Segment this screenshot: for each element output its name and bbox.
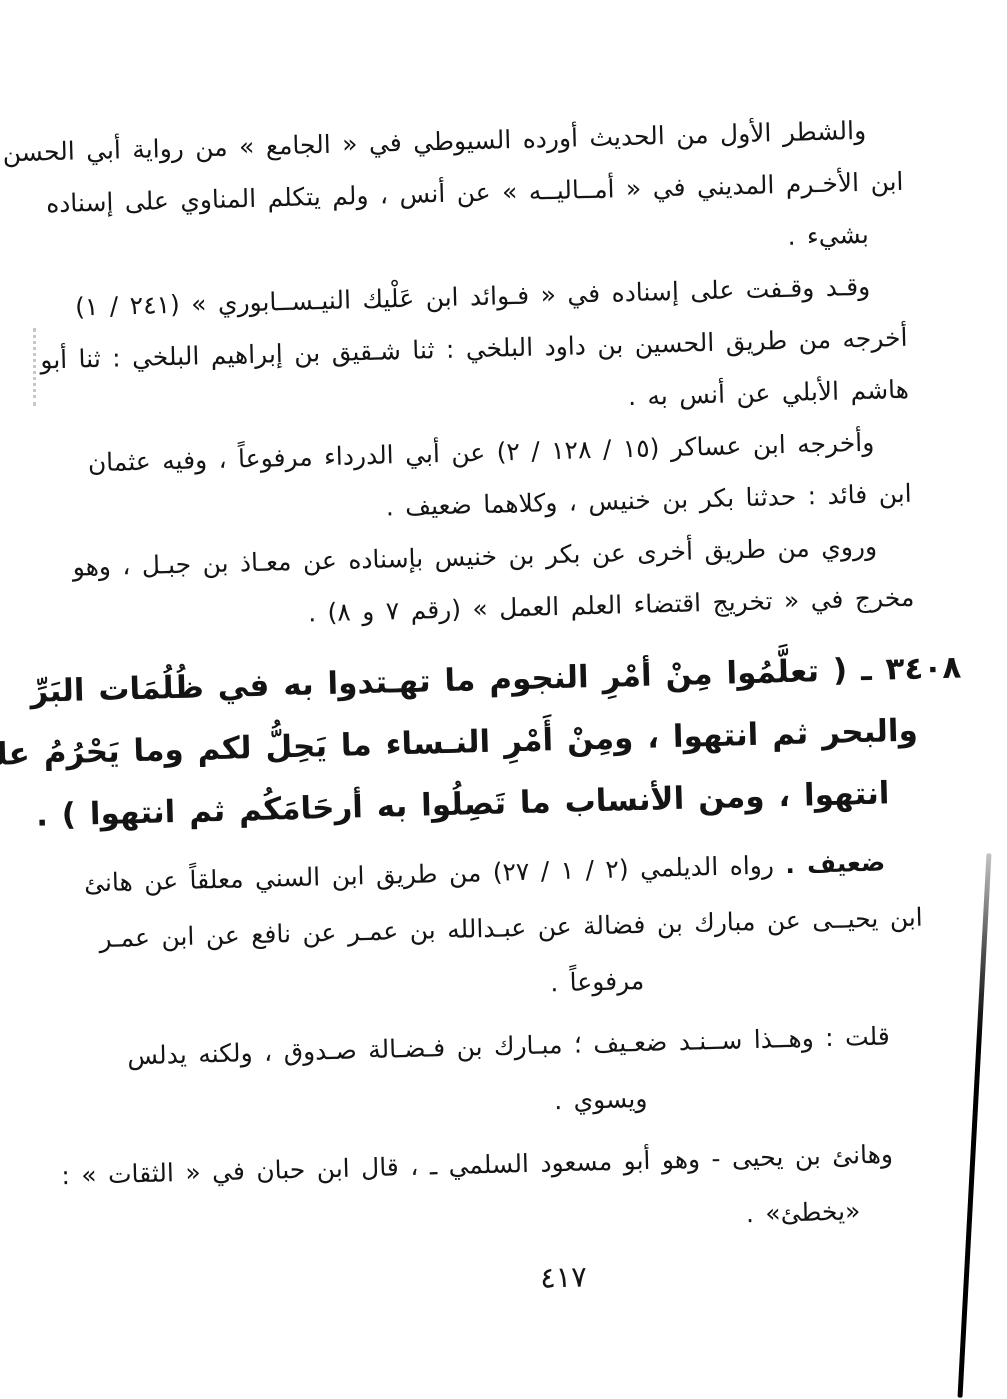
paragraph-qultu-sanad: قلت : وهــذا ســنـد ضعـيف ؛ مبـارك بن فـ… <box>133 1008 928 1141</box>
paragraph-ibn-asakir: وأخرجه ابن عساكر (١٥ / ١٢٨ / ٢) عن أبي ا… <box>118 416 912 541</box>
scanned-book-page: والشطر الأول من الحديث أورده السيوطي في … <box>0 0 1007 1399</box>
paragraph-tariq-ukhra: وروي من طريق أخرى عن بكر بن خنيس بإسناده… <box>121 520 915 645</box>
page-content: والشطر الأول من الحديث أورده السيوطي في … <box>110 104 933 1308</box>
scan-dust-artifact <box>33 328 36 406</box>
grade-label: ضعيف . <box>785 848 886 880</box>
paragraph-grading-daylami: ضعيف . رواه الديلمي (٢ / ١ / ٢٧) من طريق… <box>129 834 925 1023</box>
paragraph-hani-ibn-yahya: وهانئ بن يحيى - وهو أبو مسعود السلمي ـ ،… <box>136 1125 931 1258</box>
paragraph-isnad-nisaburi: وقـد وقـفت على إسناده في « فـوائد ابن عَ… <box>114 260 910 437</box>
hadith-entry-3408: ٣٤٠٨ ـ ( تعلَّمُوا مِنْ أمْرِ النجوم ما … <box>124 638 921 845</box>
takhrij-text: رواه الديلمي (٢ / ١ / ٢٧) من طريق ابن ال… <box>84 850 774 897</box>
paragraph-takhrij-suyuti: والشطر الأول من الحديث أورده السيوطي في … <box>110 104 906 281</box>
scan-page-edge-line <box>958 853 992 1397</box>
page-number: ٤١٧ <box>140 1247 933 1308</box>
